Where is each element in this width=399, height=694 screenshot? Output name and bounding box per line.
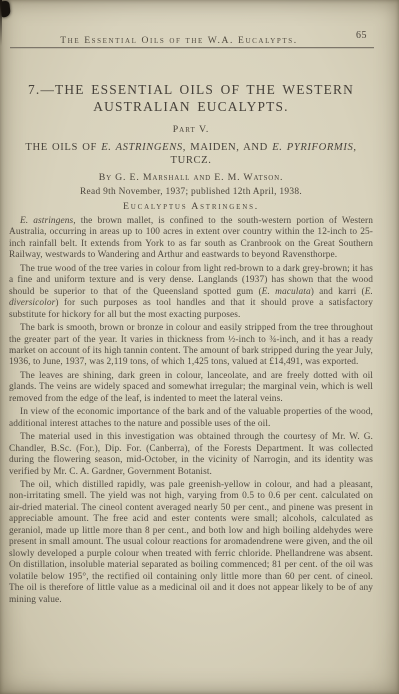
scanned-page: The Essential Oils of the W.A. Eucalypts… [0, 0, 399, 694]
species-name: E. ASTRINGENS [101, 142, 183, 153]
text-run: The material used in this investigation … [9, 432, 373, 476]
paragraphs-container: E. astringens, the brown mallet, is conf… [9, 216, 373, 606]
paragraph: The material used in this investigation … [9, 432, 373, 478]
text-run: In view of the economic importance of th… [9, 407, 373, 428]
species-name: E. PYRIFORMIS [272, 142, 353, 153]
text-run: ) and karri ( [311, 287, 365, 297]
header-rule [10, 47, 374, 48]
page-number: 65 [356, 30, 367, 41]
paragraph: In view of the economic importance of th… [9, 407, 373, 430]
text-run: The bark is smooth, brown or bronze in c… [9, 323, 373, 367]
text-run: ) for such purposes as tool handles and … [9, 298, 373, 319]
part-label: Part V. [9, 124, 373, 135]
paragraph: The leaves are shining, dark green in co… [9, 371, 373, 405]
paragraph: E. astringens, the brown mallet, is conf… [9, 216, 373, 262]
species-name: E. maculata [262, 287, 311, 297]
text-run: The oil, which distilled rapidly, was pa… [9, 480, 373, 605]
section-heading: Eucalyptus Astringens. [9, 201, 373, 212]
text-run: The leaves are shining, dark green in co… [9, 371, 373, 404]
species-name: E. astringens [20, 216, 73, 226]
paragraph: The true wood of the tree varies in colo… [9, 264, 373, 321]
text-run: THE OILS OF [25, 142, 101, 153]
running-head-row: The Essential Oils of the W.A. Eucalypts… [9, 30, 373, 43]
article-title: 7.—THE ESSENTIAL OILS OF THE WESTERN AUS… [9, 82, 373, 115]
byline: By G. E. Marshall and E. M. Watson. [9, 172, 373, 183]
scan-edge-artifact [0, 0, 2, 46]
article-subtitle: THE OILS OF E. ASTRINGENS, MAIDEN, AND E… [9, 141, 373, 167]
text-run: , MAIDEN, AND [183, 142, 272, 153]
read-published-line: Read 9th November, 1937; published 12th … [9, 187, 373, 197]
paragraph: The oil, which distilled rapidly, was pa… [9, 480, 373, 606]
running-head: The Essential Oils of the W.A. Eucalypts… [60, 35, 298, 46]
paragraph: The bark is smooth, brown or bronze in c… [9, 323, 373, 369]
